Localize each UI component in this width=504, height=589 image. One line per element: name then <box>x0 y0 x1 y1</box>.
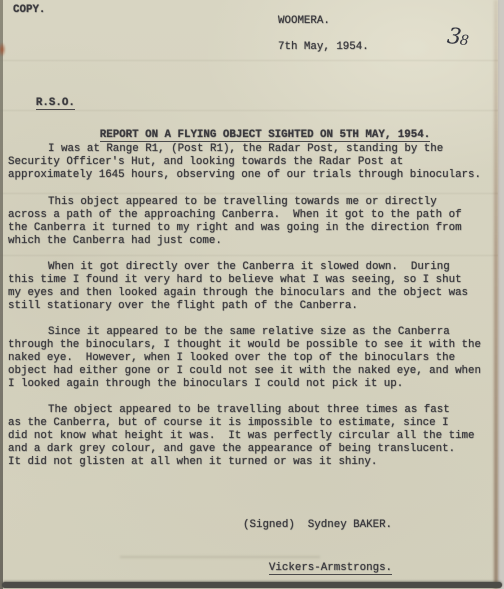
scan-edge-bottom-bar <box>2 582 502 588</box>
signature-line: (Signed) Sydney BAKER. <box>243 519 392 532</box>
signed-label: (Signed) <box>243 519 308 531</box>
report-paragraph-5: The object appeared to be travelling abo… <box>8 404 504 469</box>
paper-crease <box>0 109 504 112</box>
addressee-text: R.S.O. <box>36 97 75 110</box>
report-paragraph-1: I was at Range R1, (Post R1), the Radar … <box>8 143 504 182</box>
scan-edge-left <box>0 0 3 589</box>
paper-crease <box>0 59 504 62</box>
organisation-name: Vickers-Armstrongs. <box>269 562 392 575</box>
handwritten-page-number: 38 <box>445 25 469 53</box>
paper-crease <box>0 254 504 257</box>
scanned-report-page: COPY. WOOMERA. 7th May, 1954. 38 R.S.O. … <box>0 0 504 589</box>
off-page-background <box>498 0 504 589</box>
location-line: WOOMERA. <box>278 15 330 28</box>
report-paragraph-4: Since it appeared to be the same relativ… <box>8 326 504 391</box>
report-title-text: REPORT ON A FLYING OBJECT SIGHTED ON 5TH… <box>100 129 430 142</box>
signatory-name: Sydney BAKER. <box>308 519 392 531</box>
paper-crease <box>0 192 504 195</box>
report-paragraph-3: When it got directly over the Canberra i… <box>8 261 504 313</box>
ink-smudge <box>0 42 6 57</box>
page-edge-shadow <box>494 0 498 589</box>
report-paragraph-2: This object appeared to be travelling to… <box>8 196 504 248</box>
date-line: 7th May, 1954. <box>278 41 369 54</box>
copy-stamp: COPY. <box>13 4 45 17</box>
